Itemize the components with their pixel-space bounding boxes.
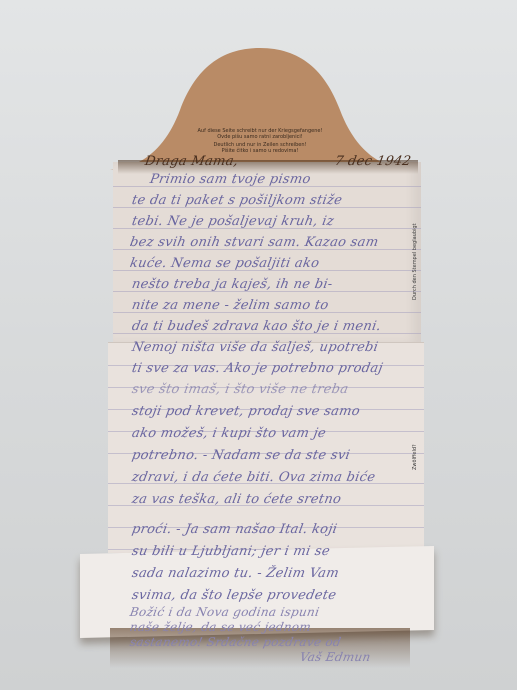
date: 7 dec 1942 — [334, 154, 413, 169]
letter-line: sastanemo! Srdačne pozdrave od — [129, 635, 343, 649]
letter-line: Primio sam tvoje pismo — [149, 172, 312, 187]
letter-line: sada nalazimo tu. - Želim Vam — [131, 566, 340, 581]
salutation: Draga Mama, — [144, 154, 240, 169]
letter-line: potrebno. - Nadam se da ste svi — [131, 448, 352, 463]
letter-line: ako možeš, i kupi što vam je — [131, 426, 328, 441]
letter-line: ti sve za vas. Ako je potrebno prodaj — [131, 361, 384, 376]
letter-line: stoji pod krevet, prodaj sve samo — [131, 404, 362, 419]
side-label: Zwölffeld? — [412, 444, 418, 470]
letter-line: za vas teška, ali to ćete sretno — [131, 492, 343, 507]
letter-line: su bili u Ljubljani; jer i mi se — [131, 544, 332, 559]
letter-line: kuće. Nema se pošaljiti ako — [129, 256, 321, 271]
letter-line: sve što imaš, i što više ne treba — [131, 382, 350, 397]
letter-line: proći. - Ja sam našao Ital. koji — [131, 522, 339, 537]
side-label: Durch den Stempel beglaubigt — [412, 223, 418, 300]
letter-line: tebi. Ne je pošaljevaj kruh, iz — [131, 214, 335, 229]
printed-instructions: Auf diese Seite schreibt nur der Kriegsg… — [145, 128, 375, 154]
letter-line: nešto treba ja kaješ, ih ne bi- — [131, 277, 334, 292]
letter-line: naše želje, da se već jednom — [129, 620, 313, 634]
letter-line: svima, da što lepše provedete — [131, 588, 338, 603]
printed-line: Ovde pišu samo ratni zarobljenici! — [145, 134, 375, 140]
letter-panel-top — [113, 162, 421, 344]
letter-line: zdravi, i da ćete biti. Ova zima biće — [131, 470, 377, 485]
letter-line: bez svih onih stvari sam. Kazao sam — [129, 235, 380, 250]
letter-line: te da ti paket s pošiljkom stiže — [131, 193, 344, 208]
letter-line: Božić i da Nova godina ispuni — [129, 605, 321, 619]
letter-line: da ti budeš zdrava kao što je i meni. — [131, 319, 383, 334]
letter-line: Nemoj ništa više da šalješ, upotrebi — [131, 340, 380, 355]
letter-line: nite za mene - želim samo to — [131, 298, 330, 313]
signature: Vaš Edmun — [299, 650, 372, 664]
